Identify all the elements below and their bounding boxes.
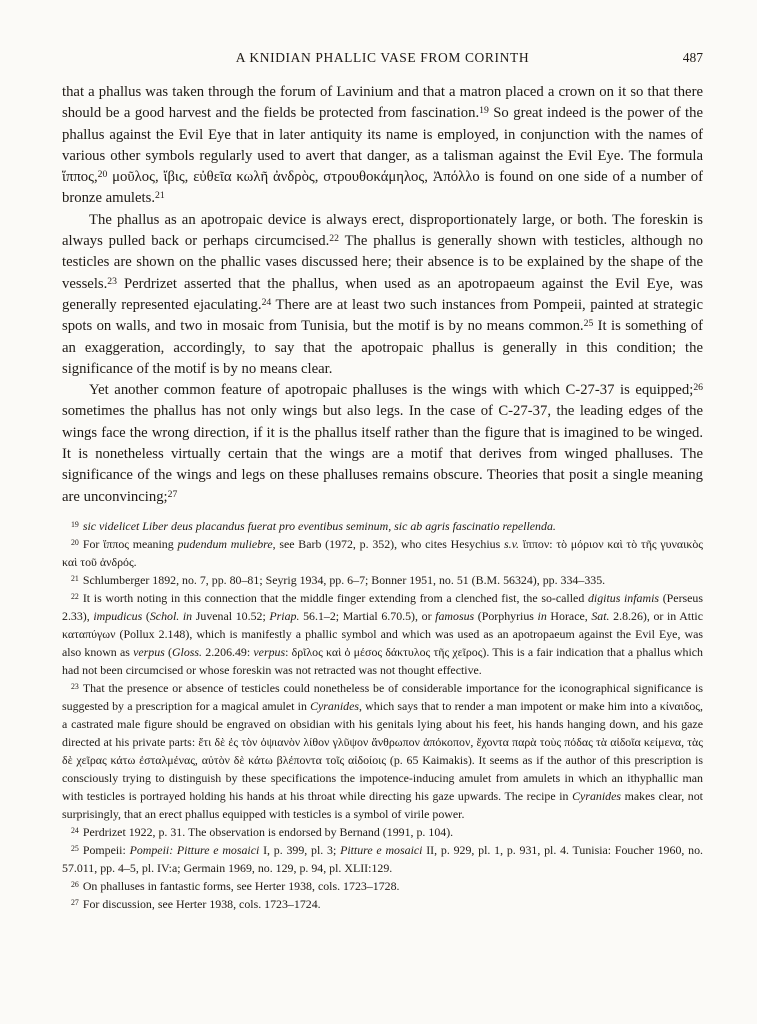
text-run: Pompeii: Pitture e mosaici bbox=[130, 843, 260, 857]
text-run: It is worth noting in this connection th… bbox=[83, 591, 588, 605]
text-run: Cyranides bbox=[310, 699, 359, 713]
footnote-ref: 27 bbox=[168, 489, 178, 500]
text-run: I, p. 399, pl. 3; bbox=[259, 843, 340, 857]
body-paragraph: Yet another common feature of apotropaic… bbox=[62, 380, 703, 508]
footnote: 26On phalluses in fantastic forms, see H… bbox=[62, 877, 703, 895]
footnote-ref: 20 bbox=[98, 169, 108, 180]
footnote-ref: 25 bbox=[584, 318, 594, 329]
footnote-ref: 23 bbox=[71, 682, 79, 691]
text-block: A KNIDIAN PHALLIC VASE FROM CORINTH 487 … bbox=[62, 50, 703, 913]
text-run: Juvenal 10.52; bbox=[192, 609, 269, 623]
footnotes: 19sic videlicet Liber deus placandus fue… bbox=[62, 517, 703, 913]
footnote: 21Schlumberger 1892, no. 7, pp. 80–81; S… bbox=[62, 571, 703, 589]
footnote-ref: 19 bbox=[71, 520, 79, 529]
text-run: For ἵππος meaning bbox=[83, 537, 178, 551]
footnote-ref: 26 bbox=[693, 382, 703, 393]
text-run: 56.1–2; Martial 6.70.5), or bbox=[299, 609, 435, 623]
footnote-ref: 19 bbox=[479, 105, 489, 116]
text-run: , see Barb (1972, p. 352), who cites Hes… bbox=[273, 537, 504, 551]
page-number: 487 bbox=[683, 50, 703, 66]
footnote-ref: 26 bbox=[71, 880, 79, 889]
footnote: 20For ἵππος meaning pudendum muliebre, s… bbox=[62, 535, 703, 571]
text-run: 2.206.49: bbox=[202, 645, 253, 659]
running-header: A KNIDIAN PHALLIC VASE FROM CORINTH 487 bbox=[62, 50, 703, 66]
text-run: pudendum muliebre bbox=[177, 537, 272, 551]
text-run: Priap. bbox=[269, 609, 299, 623]
running-head-title: A KNIDIAN PHALLIC VASE FROM CORINTH bbox=[236, 50, 529, 65]
body-paragraph: The phallus as an apotropaic device is a… bbox=[62, 210, 703, 380]
text-run: Horace, bbox=[547, 609, 592, 623]
footnote-ref: 21 bbox=[155, 190, 165, 201]
footnote-ref: 27 bbox=[71, 898, 79, 907]
text-run: Sat. bbox=[591, 609, 609, 623]
footnote-ref: 23 bbox=[107, 276, 117, 287]
text-run: verpus bbox=[133, 645, 165, 659]
footnote-ref: 24 bbox=[71, 826, 79, 835]
text-run: Gloss. bbox=[172, 645, 202, 659]
footnote-ref: 24 bbox=[262, 297, 272, 308]
footnote: 23That the presence or absence of testic… bbox=[62, 679, 703, 823]
footnote-ref: 25 bbox=[71, 844, 79, 853]
text-run: impudicus bbox=[93, 609, 142, 623]
body-paragraph: that a phallus was taken through the for… bbox=[62, 82, 703, 210]
footnote: 25Pompeii: Pompeii: Pitture e mosaici I,… bbox=[62, 841, 703, 877]
text-run: s.v. bbox=[504, 537, 519, 551]
text-run: Schlumberger 1892, no. 7, pp. 80–81; Sey… bbox=[83, 573, 605, 587]
footnote-ref: 22 bbox=[71, 592, 79, 601]
text-run: , which says that to render a man impote… bbox=[62, 699, 703, 803]
text-run: Pompeii: bbox=[83, 843, 130, 857]
scanned-journal-page: A KNIDIAN PHALLIC VASE FROM CORINTH 487 … bbox=[0, 0, 757, 1024]
footnote-ref: 21 bbox=[71, 574, 79, 583]
text-run: Cyranides bbox=[572, 789, 621, 803]
footnote: 24Perdrizet 1922, p. 31. The observation… bbox=[62, 823, 703, 841]
text-run: sometimes the phallus has not only wings… bbox=[62, 403, 703, 504]
text-run: digitus infamis bbox=[588, 591, 659, 605]
text-run: For discussion, see Herter 1938, cols. 1… bbox=[83, 897, 321, 911]
footnote: 19sic videlicet Liber deus placandus fue… bbox=[62, 517, 703, 535]
text-run: sic videlicet Liber deus placandus fuera… bbox=[83, 519, 556, 533]
text-run: famosus bbox=[435, 609, 474, 623]
text-run: ( bbox=[142, 609, 150, 623]
text-run: (Porphyrius bbox=[474, 609, 537, 623]
footnote: 22It is worth noting in this connection … bbox=[62, 589, 703, 679]
footnote-ref: 22 bbox=[329, 233, 339, 244]
text-run: Schol. in bbox=[150, 609, 192, 623]
text-run: verpus bbox=[253, 645, 285, 659]
text-run: On phalluses in fantastic forms, see Her… bbox=[83, 879, 400, 893]
footnote-ref: 20 bbox=[71, 538, 79, 547]
text-run: Perdrizet 1922, p. 31. The observation i… bbox=[83, 825, 453, 839]
text-run: ( bbox=[165, 645, 172, 659]
footnote: 27For discussion, see Herter 1938, cols.… bbox=[62, 895, 703, 913]
article-body: that a phallus was taken through the for… bbox=[62, 82, 703, 508]
text-run: Yet another common feature of apotropaic… bbox=[89, 382, 693, 398]
text-run: Pitture e mosaici bbox=[340, 843, 422, 857]
text-run: in bbox=[538, 609, 547, 623]
